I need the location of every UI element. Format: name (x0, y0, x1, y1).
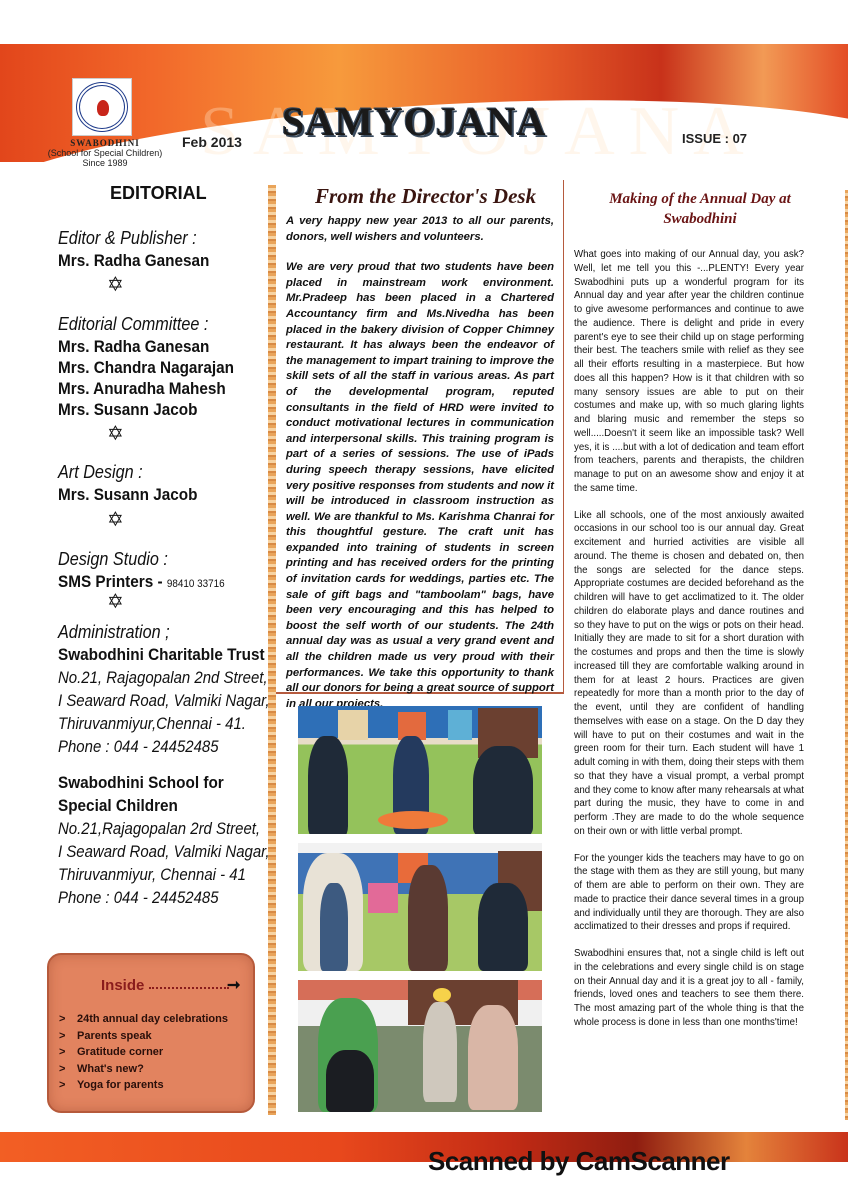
inside-item: >Yoga for parents (59, 1077, 228, 1094)
inside-item: >What's new? (59, 1061, 228, 1078)
admin-address-line: I Seaward Road, Valmiki Nagar, (58, 691, 269, 711)
decorative-border-left (268, 185, 276, 1115)
committee-member: Mrs. Radha Ganesan (58, 337, 209, 357)
studio-name: SMS Printers - 98410 33716 (58, 572, 225, 592)
paragraph: A very happy new year 2013 to all our pa… (286, 214, 554, 245)
org-block: SWABODHINI (School for Special Children)… (30, 138, 180, 168)
school-address-line: I Seaward Road, Valmiki Nagar, (58, 842, 269, 862)
school-address-line: Thiruvanmiyur, Chennai - 41 (58, 865, 246, 885)
committee-member: Mrs. Chandra Nagarajan (58, 358, 234, 378)
school-address-line: No.21,Rajagopalan 2rd Street, (58, 819, 260, 839)
photo-annual-day-1 (298, 706, 542, 834)
school-name-line: Special Children (58, 796, 178, 816)
org-subtitle: (School for Special Children) (30, 148, 180, 158)
inside-list: >24th annual day celebrations >Parents s… (59, 1011, 228, 1094)
org-since: Since 1989 (30, 158, 180, 168)
arrow-right-icon: ➞ (227, 975, 240, 995)
school-emblem-icon (76, 82, 128, 132)
inside-contents-box: Inside ➞ >24th annual day celebrations >… (47, 953, 255, 1113)
studio-phone: 98410 33716 (167, 578, 225, 590)
photo-annual-day-2 (298, 843, 542, 971)
admin-phone: Phone : 044 - 24452485 (58, 737, 219, 757)
directors-desk-heading: From the Director's Desk (315, 184, 536, 209)
issue-date: Feb 2013 (182, 134, 242, 150)
committee-member: Mrs. Susann Jacob (58, 400, 197, 420)
bullet-chevron-icon: > (59, 1061, 77, 1078)
org-name: SWABODHINI (30, 138, 180, 148)
bullet-chevron-icon: > (59, 1077, 77, 1094)
admin-address-line: Thiruvanmiyur,Chennai - 41. (58, 714, 246, 734)
art-name: Mrs. Susann Jacob (58, 485, 197, 505)
paragraph: Like all schools, one of the most anxiou… (574, 509, 804, 839)
bullet-chevron-icon: > (59, 1011, 77, 1028)
admin-address-line: No.21, Rajagopalan 2nd Street, (58, 668, 268, 688)
editor-name: Mrs. Radha Ganesan (58, 251, 209, 271)
editorial-heading: EDITORIAL (110, 183, 207, 204)
school-name-line: Swabodhini School for (58, 773, 224, 793)
inside-heading: Inside (101, 977, 144, 994)
bullet-chevron-icon: > (59, 1028, 77, 1045)
paragraph: For the younger kids the teachers may ha… (574, 852, 804, 935)
issue-number: ISSUE : 07 (682, 131, 747, 146)
directors-desk-body: A very happy new year 2013 to all our pa… (286, 214, 554, 727)
inside-item: >Gratitude corner (59, 1044, 228, 1061)
scanner-watermark: Scanned by CamScanner (428, 1146, 730, 1177)
art-label: Art Design : (58, 462, 143, 483)
star-divider-icon: ✡ (107, 589, 124, 614)
paragraph: Swabodhini ensures that, not a single ch… (574, 947, 804, 1030)
star-divider-icon: ✡ (107, 421, 124, 446)
scan-top-edge (0, 0, 848, 44)
inside-item: >24th annual day celebrations (59, 1011, 228, 1028)
school-phone: Phone : 044 - 24452485 (58, 888, 219, 908)
star-divider-icon: ✡ (107, 272, 124, 297)
editor-label: Editor & Publisher : (58, 228, 197, 249)
bullet-chevron-icon: > (59, 1044, 77, 1061)
annual-day-body: What goes into making of our Annual day,… (574, 248, 804, 1043)
inside-item: >Parents speak (59, 1028, 228, 1045)
paragraph: What goes into making of our Annual day,… (574, 248, 804, 496)
school-logo (72, 78, 132, 136)
committee-member: Mrs. Anuradha Mahesh (58, 379, 226, 399)
photo-annual-day-3 (298, 980, 542, 1112)
inside-dotted-leader (149, 979, 229, 989)
studio-label: Design Studio : (58, 549, 168, 570)
admin-name: Swabodhini Charitable Trust (58, 645, 265, 665)
newsletter-title: SAMYOJANA (282, 98, 547, 145)
star-divider-icon: ✡ (107, 507, 124, 532)
committee-label: Editorial Committee : (58, 314, 208, 335)
annual-day-heading: Making of the Annual Day at Swabodhini (600, 189, 800, 229)
paragraph: We are very proud that two students have… (286, 260, 554, 712)
admin-label: Administration ; (58, 622, 170, 643)
